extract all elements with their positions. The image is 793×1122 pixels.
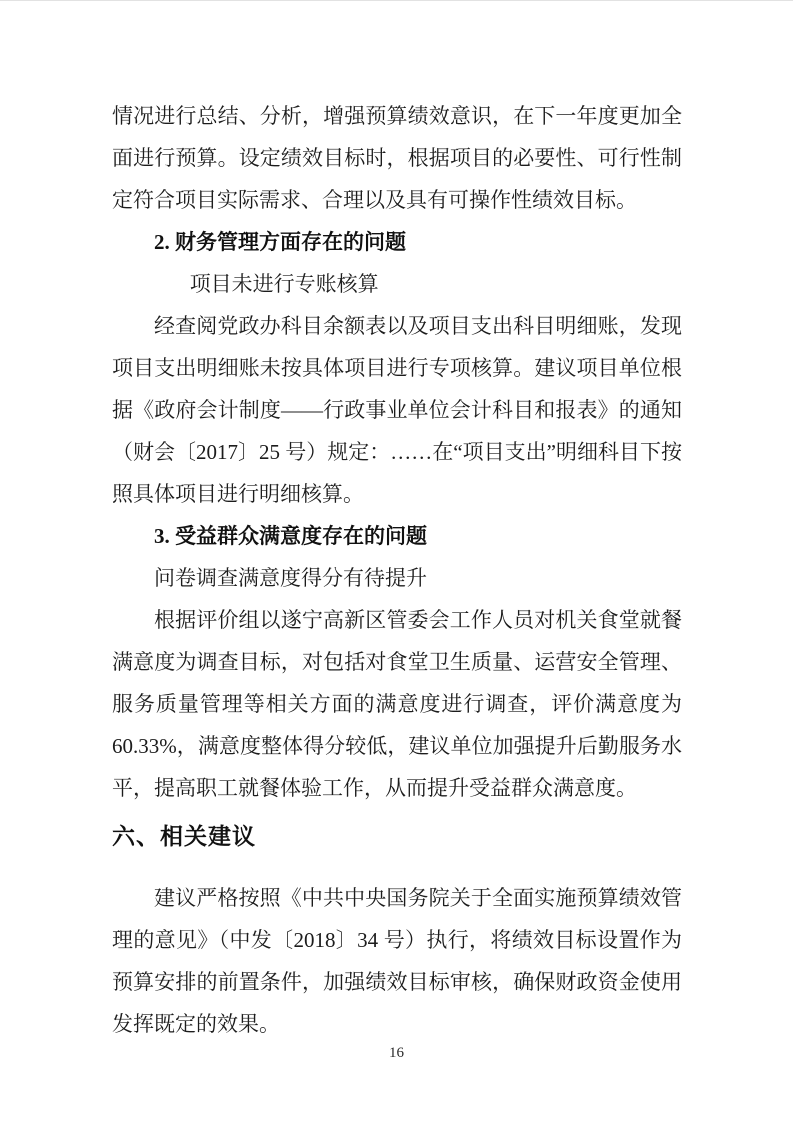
section-heading-related-suggestions: 六、相关建议 xyxy=(112,815,682,857)
issue-title-no-dedicated-accounting: 项目未进行专账核算 xyxy=(112,263,682,305)
document-page: 情况进行总结、分析，增强预算绩效意识，在下一年度更加全面进行预算。设定绩效目标时… xyxy=(0,0,793,1122)
issue-title-survey-score: 问卷调查满意度得分有待提升 xyxy=(112,557,682,599)
continuation-paragraph: 情况进行总结、分析，增强预算绩效意识，在下一年度更加全面进行预算。设定绩效目标时… xyxy=(112,95,682,221)
document-body: 情况进行总结、分析，增强预算绩效意识，在下一年度更加全面进行预算。设定绩效目标时… xyxy=(112,95,682,1045)
satisfaction-issue-paragraph: 根据评价组以遂宁高新区管委会工作人员对机关食堂就餐满意度为调查目标，对包括对食堂… xyxy=(112,599,682,809)
page-number: 16 xyxy=(0,1044,793,1062)
subheading-finance-issues: 2. 财务管理方面存在的问题 xyxy=(112,221,682,263)
finance-issue-paragraph: 经查阅党政办科目余额表以及项目支出科目明细账，发现项目支出明细账未按具体项目进行… xyxy=(112,305,682,515)
suggestion-paragraph: 建议严格按照《中共中央国务院关于全面实施预算绩效管理的意见》（中发〔2018〕3… xyxy=(112,877,682,1045)
subheading-satisfaction-issues: 3. 受益群众满意度存在的问题 xyxy=(112,515,682,557)
